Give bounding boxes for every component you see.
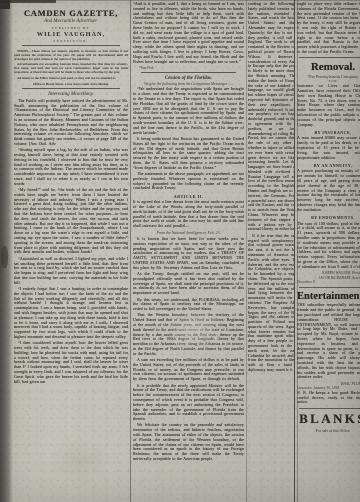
paper-subtitle: And Mercantile Advertiser. <box>14 19 128 24</box>
treaty-paragraph: That the Western boundary between the te… <box>133 313 244 356</box>
article-paragraph: “Seating myself upon a log, by the side … <box>14 148 128 186</box>
footnote: *Sun Fish. <box>133 66 244 70</box>
removal-intro: Insurance on Lives and Granting Annuitie… <box>297 84 360 127</box>
terms-paragraph: TERMS—Three dollars per annum, payable i… <box>14 49 128 61</box>
article-paragraph: The Public will probably have noticed th… <box>14 99 128 147</box>
article-ii-heading: ARTICLE II. <box>133 194 244 199</box>
treaty-paragraph: It is probable that the newly appointed … <box>133 384 244 422</box>
clipped-text-block: cording to the following extract from a … <box>248 2 294 373</box>
page-junction-rule <box>294 0 295 502</box>
by-endowments-heading: BY ENDOWMENTS. <box>297 215 360 220</box>
article-paragraph: “I entirely forgot that I was a hunting,… <box>14 287 128 340</box>
by-insurance-body: A man insured $1000 may secure to his fa… <box>297 136 360 160</box>
entertainment-heading: Entertainment. <box>297 291 360 302</box>
treaty-paragraph: It is known that we have been for some w… <box>133 237 244 271</box>
column-1: CAMDEN GAZETTE, And Mercantile Advertise… <box>14 0 128 502</box>
nb-line: N. B. He keeps a few good Hacks and care… <box>297 391 360 405</box>
column-2: “And is it possible, said I, that a bein… <box>133 2 244 502</box>
intelligencer-dateline: From the National Intelligencer, Feb. 23… <box>133 231 244 235</box>
treaty-paragraph: As the Treaty, though ratified on our pa… <box>133 272 244 296</box>
by-annuity-body: A person purchasing an annuity of $100 p… <box>297 169 360 212</box>
removal-heading: Removal. <box>297 61 360 73</box>
publisher-name: WILIE VAUGHAN, <box>14 31 128 38</box>
newspaper-page-scan: CAMDEN GAZETTE, And Mercantile Advertise… <box>0 0 360 502</box>
treaty-paragraph: We felicitate the country on the peaceab… <box>133 423 244 461</box>
article-divider <box>141 72 236 73</box>
company-line: The Pennsylvania Company <box>297 74 360 79</box>
ads-inner: ought to place very little reliance in t… <box>297 2 360 433</box>
article-paragraph: “Astonished as well as diverted, I light… <box>14 257 128 286</box>
tail-article-paragraph: ought to place very little reliance in t… <box>297 2 360 55</box>
article-ii-paragraph: It is agreed that a line drawn from the … <box>133 200 244 229</box>
masthead-divider <box>22 45 120 46</box>
clipped-paragraph: If it be true that the cabinets of Europ… <box>248 234 294 373</box>
column-rule <box>246 0 247 502</box>
treaty-paragraph: A sum not exceeding five millions of dol… <box>133 358 244 382</box>
section-heading-miscellany: Interesting Miscellany. <box>14 92 128 97</box>
blanks-subline: For sale at this Office. <box>297 429 360 433</box>
column-rule <box>297 0 298 502</box>
entertainment-body: THE subscriber respectfully informs his … <box>297 303 360 380</box>
article-paragraph: “I then considered within myself how the… <box>14 341 128 384</box>
masthead-divider-bottom <box>22 88 120 89</box>
cession-note: The statements in the above paragraph, w… <box>133 172 244 191</box>
narrative-continuation: “And is it possible, said I, that a bein… <box>133 2 244 64</box>
by-endowments-body: The sum of 100 dollars, paid at the birt… <box>297 222 360 270</box>
article-paragraph: “My friend!” said he, “the birds of the … <box>14 188 128 255</box>
ad-divider <box>299 57 360 58</box>
ad-divider <box>299 408 360 409</box>
by-annuity-heading: BY AN ANNUITY, <box>297 163 360 168</box>
column-3-clipped: cording to the following extract from a … <box>248 2 294 502</box>
column-4-ads: ought to place very little reliance in t… <box>297 2 360 502</box>
column-rule <box>130 0 131 502</box>
published-by-line: PUBLISHED BY <box>14 26 128 30</box>
terms-paragraph: Advertisements not exceeding fourteen li… <box>14 62 128 74</box>
clipped-paragraph: cording to the following extract from a … <box>248 2 294 232</box>
treaty-paragraph: By this treaty, we understand, the FLORI… <box>133 298 244 312</box>
ad-date: December 8. <box>297 280 360 285</box>
publisher-role: PROPRIETOR. <box>14 39 128 43</box>
by-insurance-heading: BY INSURANCE, <box>297 130 360 135</box>
cession-heading: Cession of the Floridas. <box>133 76 244 81</box>
blanks-heading: BLANKS <box>297 411 360 427</box>
page-content: CAMDEN GAZETTE, And Mercantile Advertise… <box>0 0 360 502</box>
cession-paragraph: It being understood that Russia has guar… <box>133 137 244 171</box>
terms-paragraph: All letters to the Editor must be post p… <box>14 76 128 80</box>
cession-paragraph: “We understand that the negociations wit… <box>133 87 244 135</box>
office-line: Office in Broad-Street, a few doors sout… <box>14 82 128 86</box>
paper-title: CAMDEN GAZETTE, <box>14 8 128 18</box>
ad-divider <box>299 287 360 288</box>
masthead: CAMDEN GAZETTE, And Mercantile Advertise… <box>14 0 128 89</box>
